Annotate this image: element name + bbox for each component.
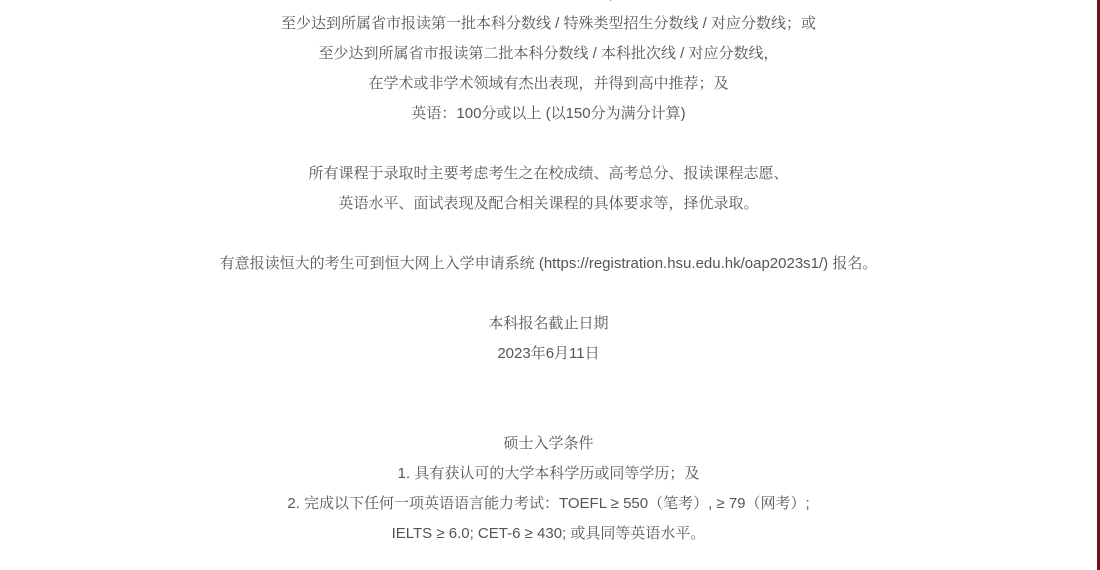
masters-requirement-1: 1. 具有获认可的大学本科学历或同等学历；及 [0,459,1097,489]
undergraduate-requirements: 考生须参加全国普通高等学校招生统一考试，成绩须达到以下要求： 至少达到所属省市报… [0,0,1097,129]
application-text: 有意报读恒大的考生可到恒大网上入学申请系统 (https://registrat… [0,249,1097,279]
deadline-title: 本科报名截止日期 [0,309,1097,339]
requirement-line-first-batch: 至少达到所属省市报读第一批本科分数线 / 特殊类型招生分数线 / 对应分数线；或 [0,9,1097,39]
masters-title: 硕士入学条件 [0,429,1097,459]
spacer [0,279,1097,309]
spacer [0,369,1097,429]
deadline-section: 本科报名截止日期 2023年6月11日 [0,309,1097,369]
cut-off-text-line: 考生须参加全国普通高等学校招生统一考试，成绩须达到以下要求： [0,0,1097,9]
spacer [0,129,1097,159]
page: 考生须参加全国普通高等学校招生统一考试，成绩须达到以下要求： 至少达到所属省市报… [0,0,1100,570]
requirement-line-recommendation: 在学术或非学术领域有杰出表现，并得到高中推荐；及 [0,69,1097,99]
requirement-line-english: 英语：100分或以上 (以150分为满分计算) [0,99,1097,129]
document-content: 考生须参加全国普通高等学校招生统一考试，成绩须达到以下要求： 至少达到所属省市报… [0,0,1097,549]
deadline-date: 2023年6月11日 [0,339,1097,369]
masters-requirement-2-cont: IELTS ≥ 6.0; CET-6 ≥ 430; 或具同等英语水平。 [0,519,1097,549]
spacer [0,219,1097,249]
application-info: 有意报读恒大的考生可到恒大网上入学申请系统 (https://registrat… [0,249,1097,279]
masters-requirement-2: 2. 完成以下任何一项英语语言能力考试：TOEFL ≥ 550（笔考）, ≥ 7… [0,489,1097,519]
requirement-line-second-batch: 至少达到所属省市报读第二批本科分数线 / 本科批次线 / 对应分数线， [0,39,1097,69]
criteria-line-2: 英语水平、面试表现及配合相关课程的具体要求等，择优录取。 [0,189,1097,219]
admission-criteria: 所有课程于录取时主要考虑考生之在校成绩、高考总分、报读课程志愿、 英语水平、面试… [0,159,1097,219]
criteria-line-1: 所有课程于录取时主要考虑考生之在校成绩、高考总分、报读课程志愿、 [0,159,1097,189]
masters-requirements: 硕士入学条件 1. 具有获认可的大学本科学历或同等学历；及 2. 完成以下任何一… [0,429,1097,549]
